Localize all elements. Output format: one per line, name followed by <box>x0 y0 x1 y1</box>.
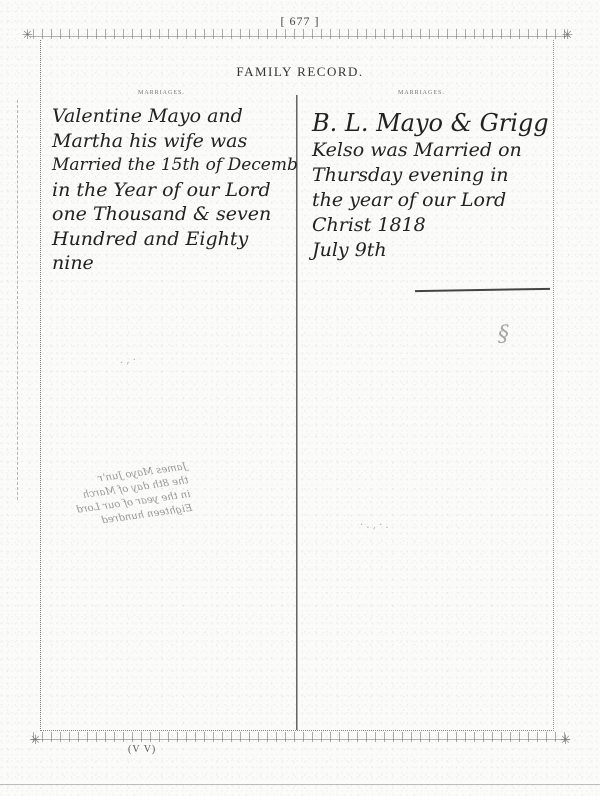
entry-line: one Thousand & seven <box>52 202 298 227</box>
corner-star-icon: ✳ <box>562 28 573 41</box>
scan-edge-line <box>0 784 600 785</box>
corner-star-icon: ✳ <box>30 733 41 746</box>
entry-line: Thursday evening in <box>312 163 549 188</box>
column-header-left: MARRIAGES. <box>138 90 185 96</box>
entry-line: Hundred and Eighty <box>52 227 298 252</box>
decorative-border-bottom <box>30 732 570 742</box>
entry-line: Valentine Mayo and <box>52 104 298 129</box>
decorative-border-top <box>30 29 570 39</box>
entry-line: Christ 1818 <box>312 213 549 238</box>
entry-line: B. L. Mayo & Grigg <box>312 108 549 138</box>
entry-line: Kelso was Married on <box>312 138 549 163</box>
entry-line: the year of our Lord <box>312 188 549 213</box>
page-title: FAMILY RECORD. <box>0 64 600 80</box>
entry-line: July 9th <box>312 238 549 263</box>
corner-star-icon: ✳ <box>560 733 571 746</box>
entry-line: Married the 15th of Decemb <box>52 153 298 178</box>
entry-line: in the Year of our Lord <box>52 178 298 203</box>
marriage-entry-left: Valentine Mayo and Martha his wife was M… <box>52 104 298 276</box>
ink-mark: § <box>498 322 509 347</box>
entry-line: nine <box>52 251 298 276</box>
entry-line: Martha his wife was <box>52 129 298 154</box>
corner-star-icon: ✳ <box>22 28 33 41</box>
column-header-right: MARRIAGES. <box>398 90 445 96</box>
torn-left-edge <box>5 100 18 500</box>
ink-mark: · . , · . <box>360 520 389 531</box>
ink-mark: . , · <box>120 355 136 366</box>
marriage-entry-right: B. L. Mayo & Grigg Kelso was Married on … <box>312 108 549 263</box>
signature-mark: (V V) <box>128 744 156 755</box>
page-number: [ 677 ] <box>0 14 600 29</box>
